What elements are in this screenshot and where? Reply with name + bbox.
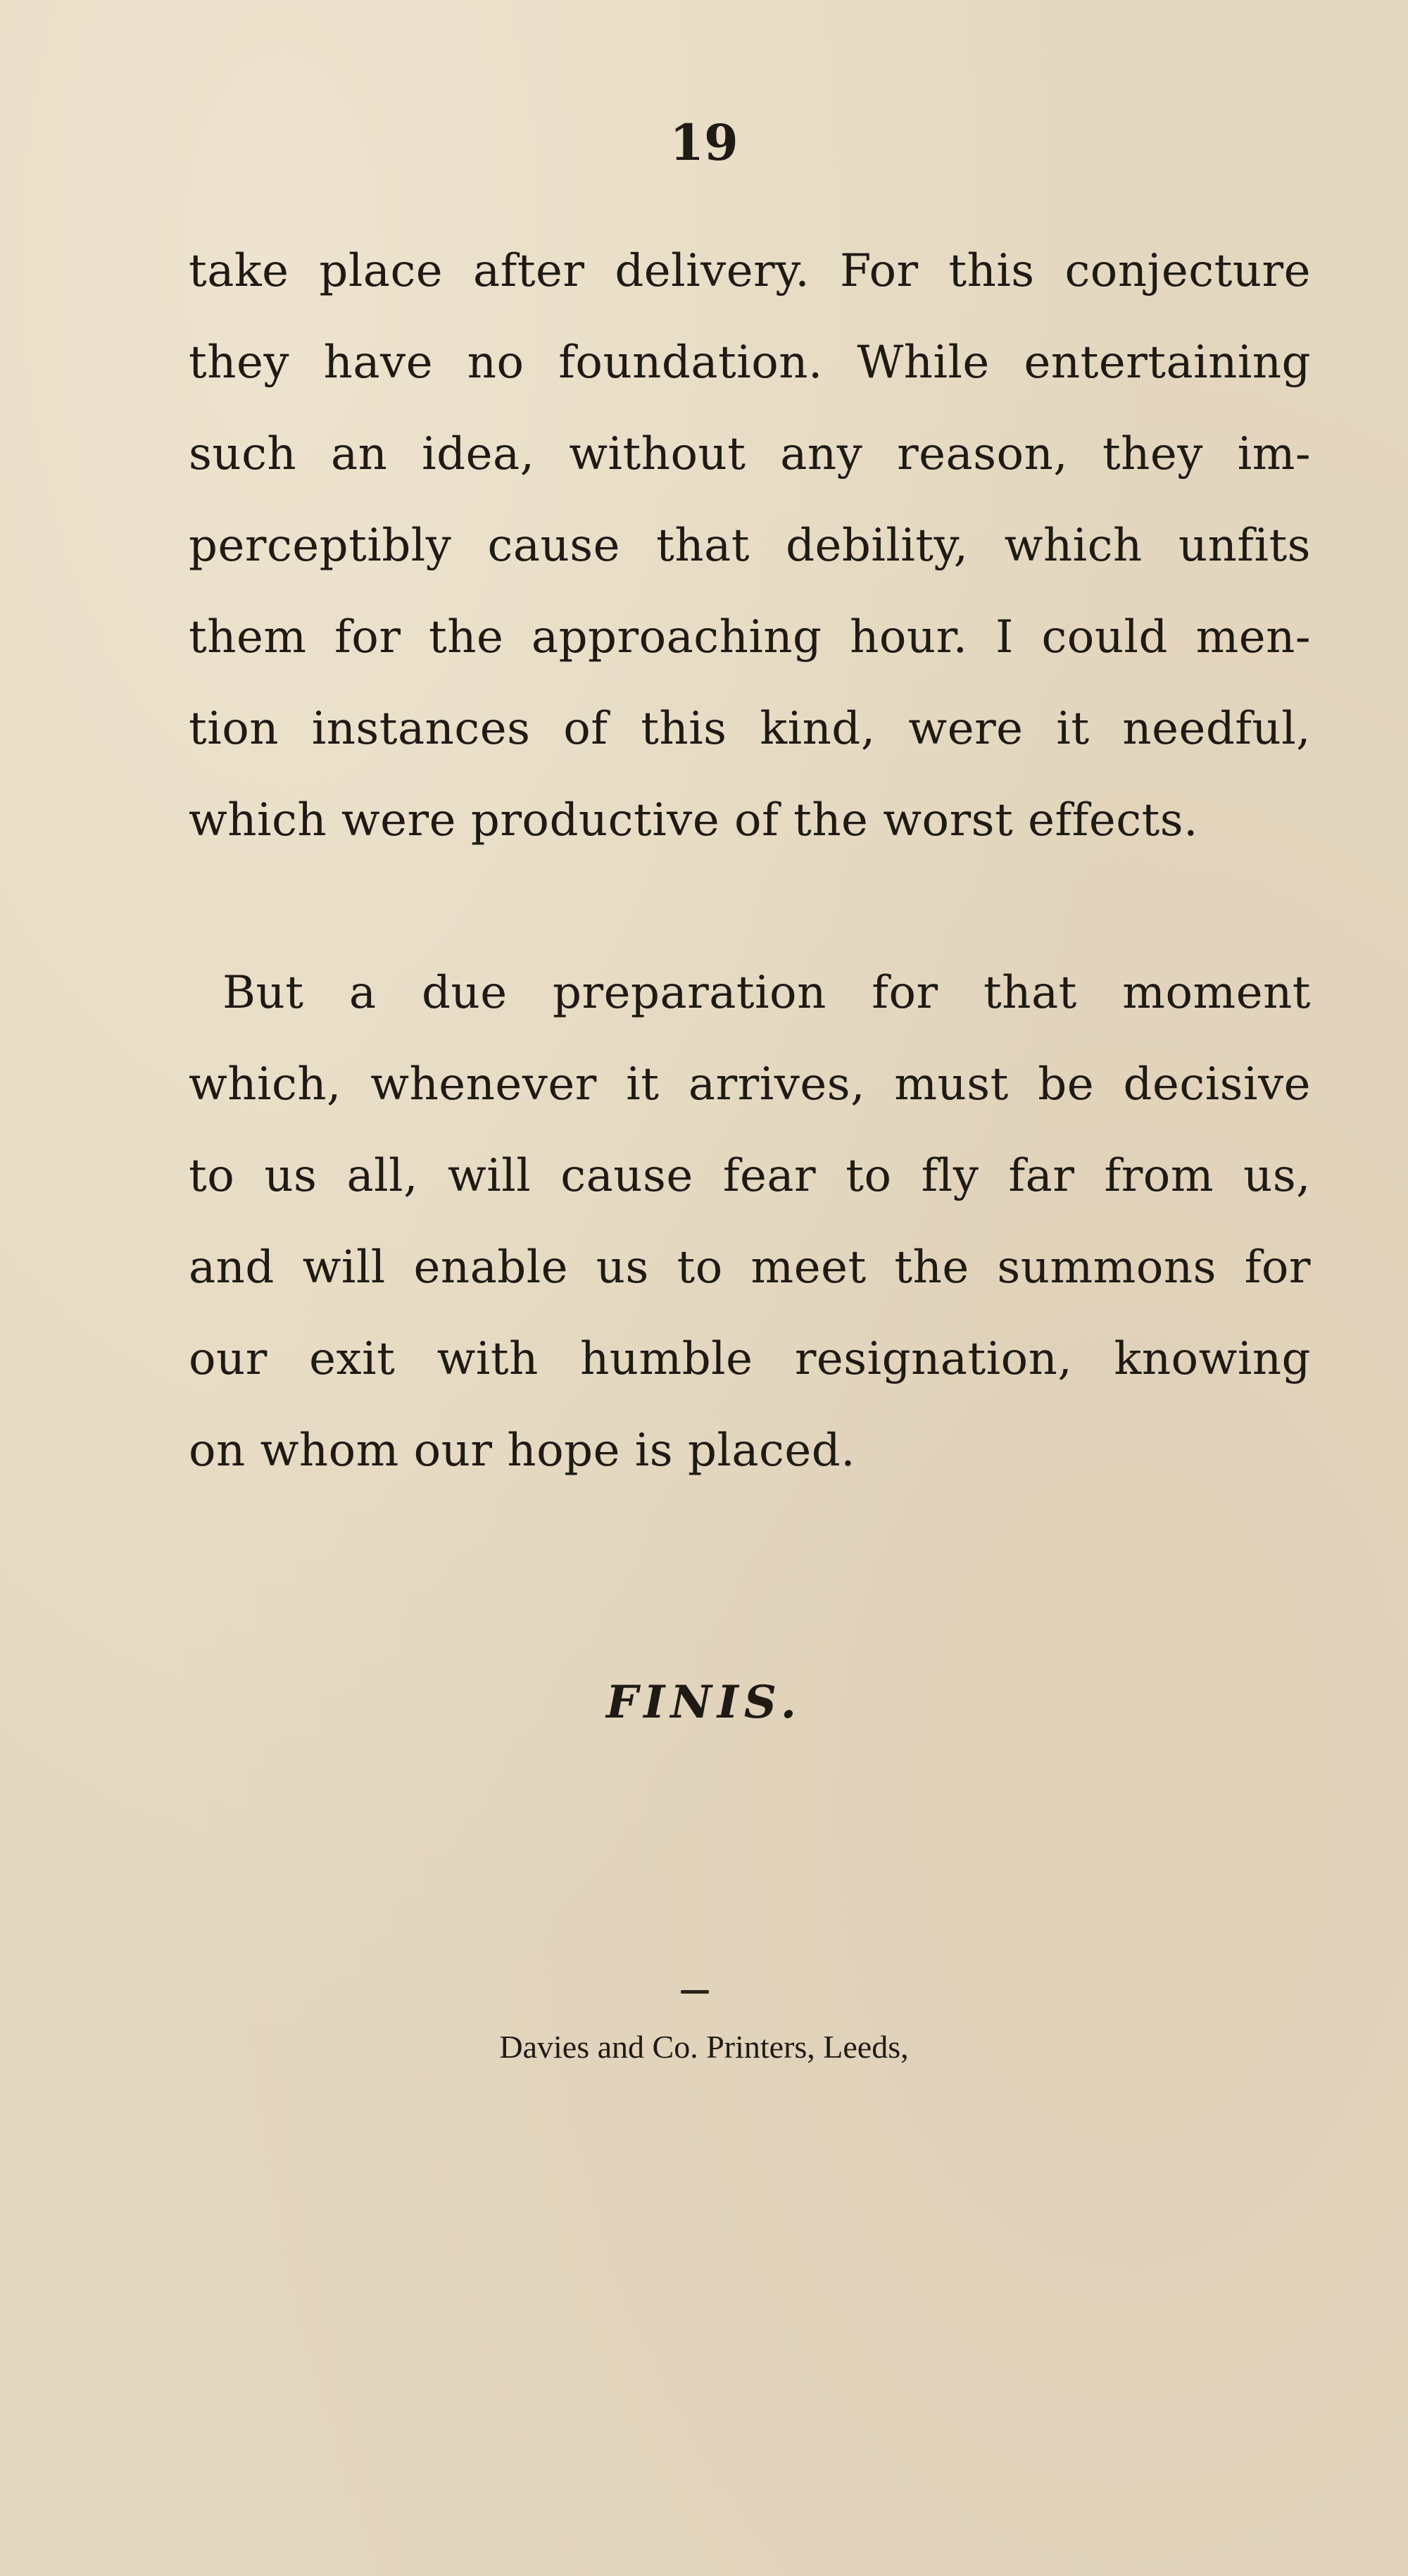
text-line: tion instances of this kind, were it nee…: [189, 683, 1311, 775]
divider-rule: [681, 1990, 709, 1994]
paragraph-1: take place after delivery. For this conj…: [189, 225, 1311, 866]
text-line: perceptibly cause that debility, which u…: [189, 500, 1311, 592]
text-line: they have no foundation. While entertain…: [189, 317, 1311, 408]
text-line: such an idea, without any reason, they i…: [189, 408, 1311, 500]
text-line: on whom our hope is placed.: [189, 1405, 1311, 1496]
text-line: But a due preparation for that moment: [189, 947, 1311, 1039]
finis-heading: FINIS.: [0, 1676, 1408, 1729]
text-line: which were productive of the worst effec…: [189, 775, 1311, 866]
text-line: them for the approaching hour. I could m…: [189, 592, 1311, 683]
printer-imprint: Davies and Co. Printers, Leeds,: [0, 2028, 1408, 2065]
text-line: our exit with humble resignation, knowin…: [189, 1313, 1311, 1405]
paragraph-2: But a due preparation for that moment wh…: [189, 947, 1311, 1496]
text-line: and will enable us to meet the summons f…: [189, 1222, 1311, 1313]
page-number: 19: [0, 118, 1408, 168]
text-line: to us all, will cause fear to fly far fr…: [189, 1130, 1311, 1222]
text-line: which, whenever it arrives, must be deci…: [189, 1039, 1311, 1130]
book-page: 19 take place after delivery. For this c…: [0, 0, 1408, 2576]
text-line: take place after delivery. For this conj…: [189, 225, 1311, 317]
